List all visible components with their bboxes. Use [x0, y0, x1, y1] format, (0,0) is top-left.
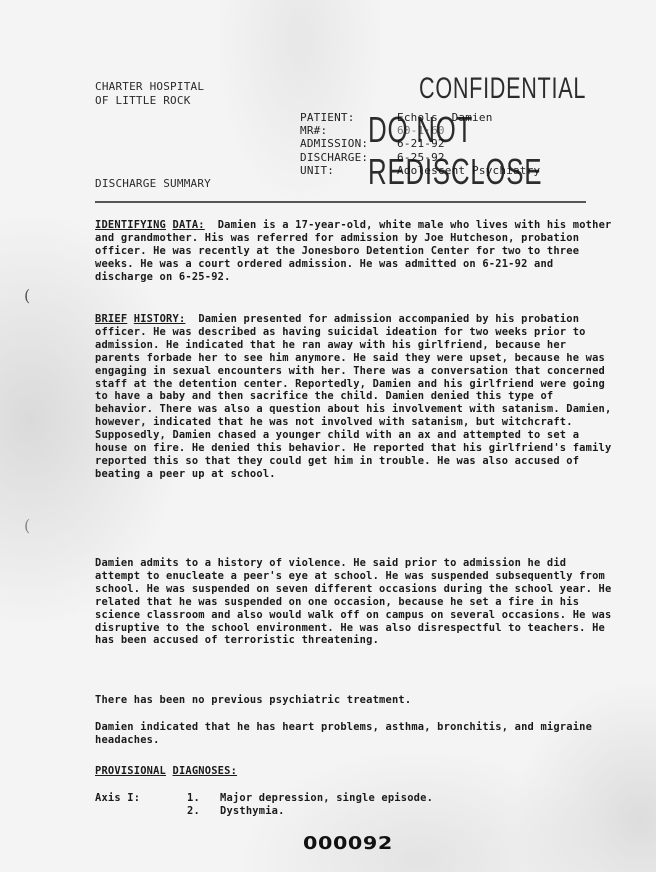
page-number: 000092	[303, 833, 393, 854]
section-heading: DIAGNOSES:	[172, 765, 237, 777]
section-text: Damien admits to a history of violence. …	[95, 557, 615, 647]
section-heading: IDENTIFYING	[95, 219, 166, 231]
diagnosis-number: 2.	[187, 805, 220, 818]
diagnosis-text: Dysthymia.	[220, 805, 285, 818]
section-medical-history: Damien indicated that he has heart probl…	[95, 721, 615, 747]
diagnosis-number: 1.	[187, 792, 220, 805]
diagnoses-list: Axis I: 1. Major depression, single epis…	[95, 792, 433, 818]
section-heading: PROVISIONAL	[95, 765, 166, 777]
do-not-redisclose-stamp: DO NOT REDISCLOSE	[368, 109, 575, 193]
section-brief-history: BRIEF HISTORY: Damien presented for admi…	[95, 313, 615, 481]
margin-mark: (	[24, 516, 30, 535]
section-psychiatric-treatment: There has been no previous psychiatric t…	[95, 694, 615, 707]
section-text: There has been no previous psychiatric t…	[95, 694, 615, 707]
horizontal-divider	[95, 201, 586, 203]
axis-label: Axis I:	[95, 792, 187, 805]
diagnosis-text: Major depression, single episode.	[220, 792, 433, 805]
section-heading: BRIEF	[95, 313, 127, 325]
section-text: Damien indicated that he has heart probl…	[95, 721, 615, 747]
margin-mark: (	[24, 286, 30, 305]
section-violence-history: Damien admits to a history of violence. …	[95, 557, 615, 647]
section-text: Damien presented for admission accompani…	[95, 313, 611, 480]
section-identifying-data: IDENTIFYING DATA: Damien is a 17-year-ol…	[95, 219, 615, 284]
diagnosis-item: Axis I: 1. Major depression, single epis…	[95, 792, 433, 805]
confidential-stamp: CONFIDENTIAL	[419, 72, 586, 106]
hospital-name-line1: CHARTER HOSPITAL	[95, 80, 204, 93]
section-heading: DATA:	[172, 219, 204, 231]
document-title: DISCHARGE SUMMARY	[95, 177, 211, 190]
provisional-diagnoses-heading: PROVISIONAL DIAGNOSES:	[95, 765, 237, 777]
diagnosis-item: 2. Dysthymia.	[95, 805, 433, 818]
section-heading: HISTORY:	[134, 313, 186, 325]
hospital-name-line2: OF LITTLE ROCK	[95, 94, 191, 107]
hospital-name: CHARTER HOSPITAL OF LITTLE ROCK	[95, 80, 204, 108]
